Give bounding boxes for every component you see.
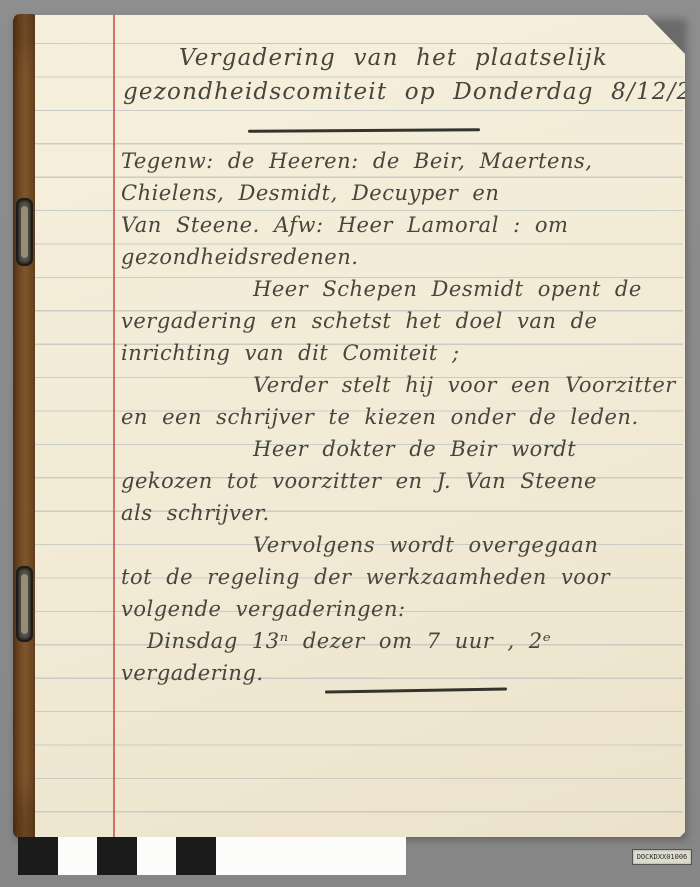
handwritten-text-line: volgende vergaderingen: — [121, 597, 406, 621]
notebook-binding-spine — [13, 14, 35, 838]
staple-icon — [16, 198, 33, 266]
handwritten-text-line: en een schrijver te kiezen onder de lede… — [121, 405, 639, 429]
calibration-square — [97, 837, 137, 875]
handwritten-text-line: Vervolgens wordt overgegaan — [253, 533, 598, 557]
calibration-square — [18, 837, 58, 875]
handwritten-title-line: gezondheidscomiteit op Donderdag 8/12/21… — [123, 79, 700, 105]
handwritten-text-line: vergadering en schetst het doel van de — [121, 309, 597, 333]
handwritten-text-line: Heer Schepen Desmidt opent de — [253, 277, 642, 301]
handwritten-text-line: Verder stelt hij voor een Voorzitter — [253, 373, 676, 397]
handwritten-text-line: tot de regeling der werkzaamheden voor — [121, 565, 610, 589]
handwritten-text-line: gezondheidsredenen. — [121, 245, 358, 269]
handwritten-text-line: vergadering. — [121, 661, 264, 685]
calibration-square — [216, 837, 406, 875]
handwritten-text-line: Tegenw: de Heeren: de Beir, Maertens, — [121, 149, 592, 173]
handwritten-text-line: Van Steene. Afw: Heer Lamoral : om — [121, 213, 568, 237]
calibration-square — [176, 837, 216, 875]
handwritten-text-line: Heer dokter de Beir wordt — [253, 437, 576, 461]
calibration-bar — [0, 837, 700, 875]
notebook-paper: Vergadering van het plaatselijkgezondhei… — [13, 15, 685, 837]
handwritten-text-line: Chielens, Desmidt, Decuyper en — [121, 181, 499, 205]
handwritten-title-line: Vergadering van het plaatselijk — [179, 45, 608, 71]
handwritten-text-line: als schrijver. — [121, 501, 270, 525]
handwritten-text-line: gekozen tot voorzitter en J. Van Steene — [121, 469, 597, 493]
red-margin-line — [113, 15, 115, 837]
handwritten-text-line: inrichting van dit Comiteit ; — [121, 341, 460, 365]
archive-label: DOCKDXX01006 — [632, 849, 692, 865]
calibration-square — [137, 837, 177, 875]
calibration-square — [58, 837, 98, 875]
staple-icon — [16, 566, 33, 642]
handwritten-text-line: Dinsdag 13ⁿ dezer om 7 uur , 2ᵉ — [147, 629, 551, 653]
